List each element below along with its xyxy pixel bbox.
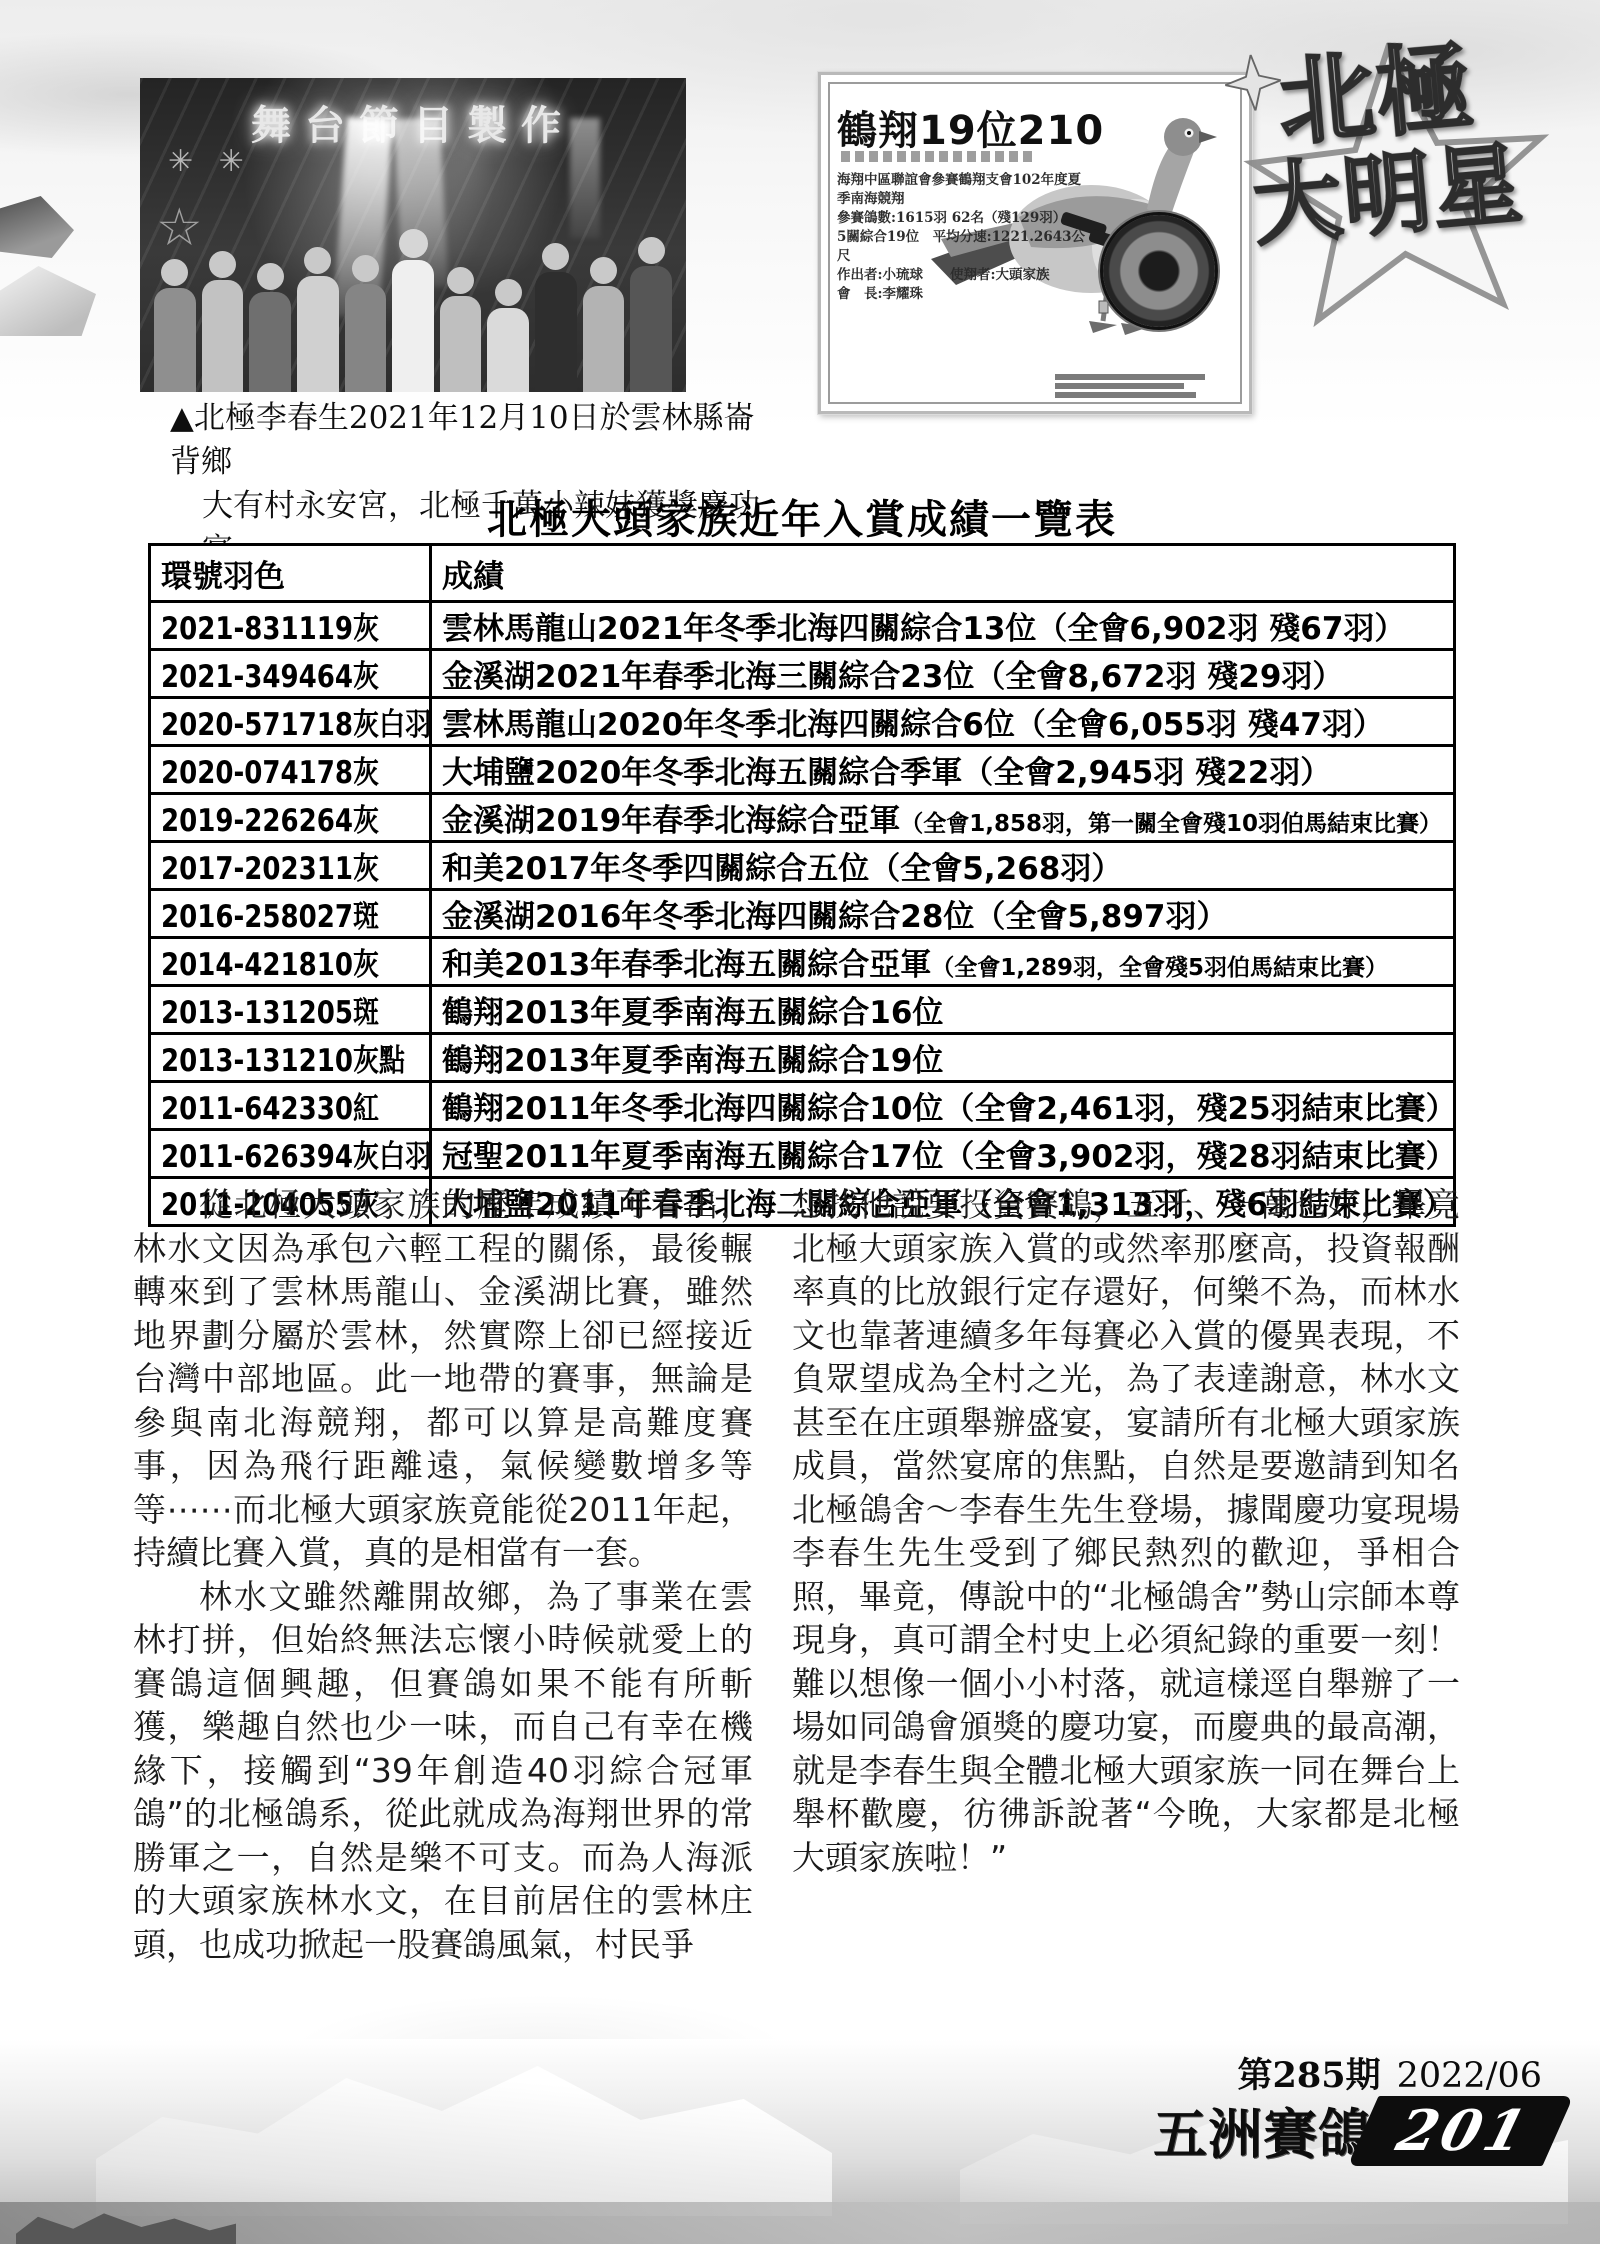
ring-cell: 2016-258027斑 [150, 890, 431, 938]
person-silhouette [297, 247, 339, 392]
ring-cell: 2013-131210灰點 [150, 1034, 431, 1082]
pigeon-certificate-photo: 鶴翔19位210 海翔中區聯誼會參賽鶴翔支會102年度夏季南海競翔參賽鴿數:16… [818, 72, 1252, 414]
person-silhouette-speaker [392, 229, 434, 392]
column-header-result: 成績 [431, 545, 1455, 602]
certificate-title: 鶴翔19位210 [837, 99, 1104, 156]
table-row: 2014-421810灰和美2013年春季北海五關綜合亞軍（全會1,289羽，全… [150, 938, 1455, 986]
person-silhouette [630, 237, 672, 392]
result-cell: 冠聖2011年夏季南海五關綜合17位（全會3,902羽，殘28羽結束比賽） [431, 1130, 1455, 1178]
table-row: 2013-131205斑鶴翔2013年夏季南海五關綜合16位 [150, 986, 1455, 1034]
result-cell: 雲林馬龍山2021年冬季北海四關綜合13位（全會6,902羽 殘67羽） [431, 602, 1455, 650]
certificate-info-line: 海翔中區聯誼會參賽鶴翔支會102年度夏季南海競翔 [837, 171, 1087, 209]
ring-cell: 2011-642330紅 [150, 1082, 431, 1130]
result-cell: 雲林馬龍山2020年冬季北海四關綜合6位（全會6,055羽 殘47羽） [431, 698, 1455, 746]
person-silhouette [583, 257, 625, 392]
stage-celebration-photo: 舞台節目製作 [140, 78, 686, 392]
result-cell: 大埔鹽2020年冬季北海五關綜合季軍（全會2,945羽 殘22羽） [431, 746, 1455, 794]
table-row: 2017-202311灰和美2017年冬季四關綜合五位（全會5,268羽） [150, 842, 1455, 890]
certificate-info: 海翔中區聯誼會參賽鶴翔支會102年度夏季南海競翔參賽鴿數:1615羽 62名（殘… [837, 171, 1087, 304]
certificate-info-line: 會 長:李耀珠 [837, 285, 1087, 304]
iceberg-large [96, 2066, 832, 2216]
magazine-page: 舞台節目製作 [0, 0, 1600, 2244]
table-row: 2020-074178灰大埔鹽2020年冬季北海五關綜合季軍（全會2,945羽 … [150, 746, 1455, 794]
table-row: 2021-831119灰雲林馬龍山2021年冬季北海四關綜合13位（全會6,90… [150, 602, 1455, 650]
person-silhouette [440, 267, 482, 392]
ring-cell: 2021-349464灰 [150, 650, 431, 698]
north-pole-star-logo: 北極 大明星 [1216, 19, 1590, 338]
ring-cell: 2020-074178灰 [150, 746, 431, 794]
caption-line: ▲北極李春生2021年12月10日於雲林縣崙背鄉 [170, 396, 770, 484]
result-cell: 金溪湖2019年春季北海綜合亞軍（全會1,858羽，第一關全會殘10羽伯馬結束比… [431, 794, 1455, 842]
result-cell: 和美2017年冬季四關綜合五位（全會5,268羽） [431, 842, 1455, 890]
sparkle-star-icon [1223, 52, 1284, 113]
studio-watermark [1055, 371, 1205, 401]
ring-cell: 2021-831119灰 [150, 602, 431, 650]
results-table-body: 2021-831119灰雲林馬龍山2021年冬季北海四關綜合13位（全會6,90… [150, 602, 1455, 1226]
article-paragraph: 林水文雖然離開故鄉，為了事業在雲林打拼，但始終無法忘懷小時候就愛上的賽鴿這個興趣… [133, 1575, 753, 1967]
brand-name: 五洲賽鴿 [1153, 2092, 1373, 2169]
person-silhouette [154, 259, 196, 392]
certificate-info-line: 作出者:小琉球 使翔者:大頭家族 [837, 266, 1087, 285]
article-column-right: 想找他說要投資賽鴿，五千、一萬也好，畢竟北極大頭家族入賞的或然率那麼高，投資報酬… [792, 1183, 1460, 1879]
table-row: 2019-226264灰金溪湖2019年春季北海綜合亞軍（全會1,858羽，第一… [150, 794, 1455, 842]
result-cell: 和美2013年春季北海五關綜合亞軍（全會1,289羽，全會殘5羽伯馬結束比賽） [431, 938, 1455, 986]
page-number: 201 [1390, 2098, 1537, 2164]
person-silhouette [249, 263, 291, 392]
crowd-silhouettes [140, 212, 686, 392]
certificate-info-line: 5關綜合19位 平均分速:1221.2643公尺 [837, 228, 1087, 266]
result-cell: 鶴翔2013年夏季南海五關綜合19位 [431, 1034, 1455, 1082]
ring-cell: 2019-226264灰 [150, 794, 431, 842]
result-cell: 鶴翔2013年夏季南海五關綜合16位 [431, 986, 1455, 1034]
person-silhouette [345, 255, 387, 392]
magazine-brand-logo: 五洲賽鴿 201 [1153, 2092, 1558, 2169]
table-row: 2021-349464灰金溪湖2021年春季北海三關綜合23位（全會8,672羽… [150, 650, 1455, 698]
article-paragraph: 想找他說要投資賽鴿，五千、一萬也好，畢竟北極大頭家族入賞的或然率那麼高，投資報酬… [792, 1183, 1460, 1879]
ring-cell: 2014-421810灰 [150, 938, 431, 986]
ring-cell: 2017-202311灰 [150, 842, 431, 890]
column-header-ring: 環號羽色 [150, 545, 431, 602]
issue-number: 第285期 [1238, 2055, 1381, 2096]
ring-cell: 2011-626394灰白羽 [150, 1130, 431, 1178]
issue-line: 第285期2022/06 [1238, 2048, 1542, 2098]
result-cell: 鶴翔2011年冬季北海四關綜合10位（全會2,461羽，殘25羽結束比賽） [431, 1082, 1455, 1130]
table-title: 北極大頭家族近年入賞成績一覽表 [148, 488, 1456, 545]
article-paragraph: 從北極大頭家族的歷年成績可看出，林水文因為承包六輕工程的關係，最後輾轉來到了雲林… [133, 1183, 753, 1575]
result-cell: 金溪湖2016年冬季北海四關綜合28位（全會5,897羽） [431, 890, 1455, 938]
table-row: 2013-131210灰點鶴翔2013年夏季南海五關綜合19位 [150, 1034, 1455, 1082]
certificate-info-line: 參賽鴿數:1615羽 62名（殘129羽） [837, 209, 1087, 228]
article-column-left: 從北極大頭家族的歷年成績可看出，林水文因為承包六輕工程的關係，最後輾轉來到了雲林… [133, 1183, 753, 1966]
person-silhouette [535, 243, 577, 392]
person-silhouette [487, 279, 529, 392]
table-row: 2011-642330紅鶴翔2011年冬季北海四關綜合10位（全會2,461羽，… [150, 1082, 1455, 1130]
ring-cell: 2013-131205斑 [150, 986, 431, 1034]
arctic-water [0, 2202, 1600, 2244]
issue-date: 2022/06 [1397, 2056, 1542, 2096]
certificate-subline [841, 151, 1037, 162]
table-header-row: 環號羽色 成績 [150, 545, 1455, 602]
table-row: 2016-258027斑金溪湖2016年冬季北海四關綜合28位（全會5,897羽… [150, 890, 1455, 938]
page-number-badge: 201 [1348, 2096, 1574, 2166]
person-silhouette [202, 251, 244, 392]
table-row: 2011-626394灰白羽冠聖2011年夏季南海五關綜合17位（全會3,902… [150, 1130, 1455, 1178]
ring-cell: 2020-571718灰白羽 [150, 698, 431, 746]
result-cell: 金溪湖2021年春季北海三關綜合23位（全會8,672羽 殘29羽） [431, 650, 1455, 698]
pigeon-eye-closeup [1103, 215, 1215, 327]
table-row: 2020-571718灰白羽雲林馬龍山2020年冬季北海四關綜合6位（全會6,0… [150, 698, 1455, 746]
results-table: 環號羽色 成績 2021-831119灰雲林馬龍山2021年冬季北海四關綜合13… [148, 543, 1456, 1227]
